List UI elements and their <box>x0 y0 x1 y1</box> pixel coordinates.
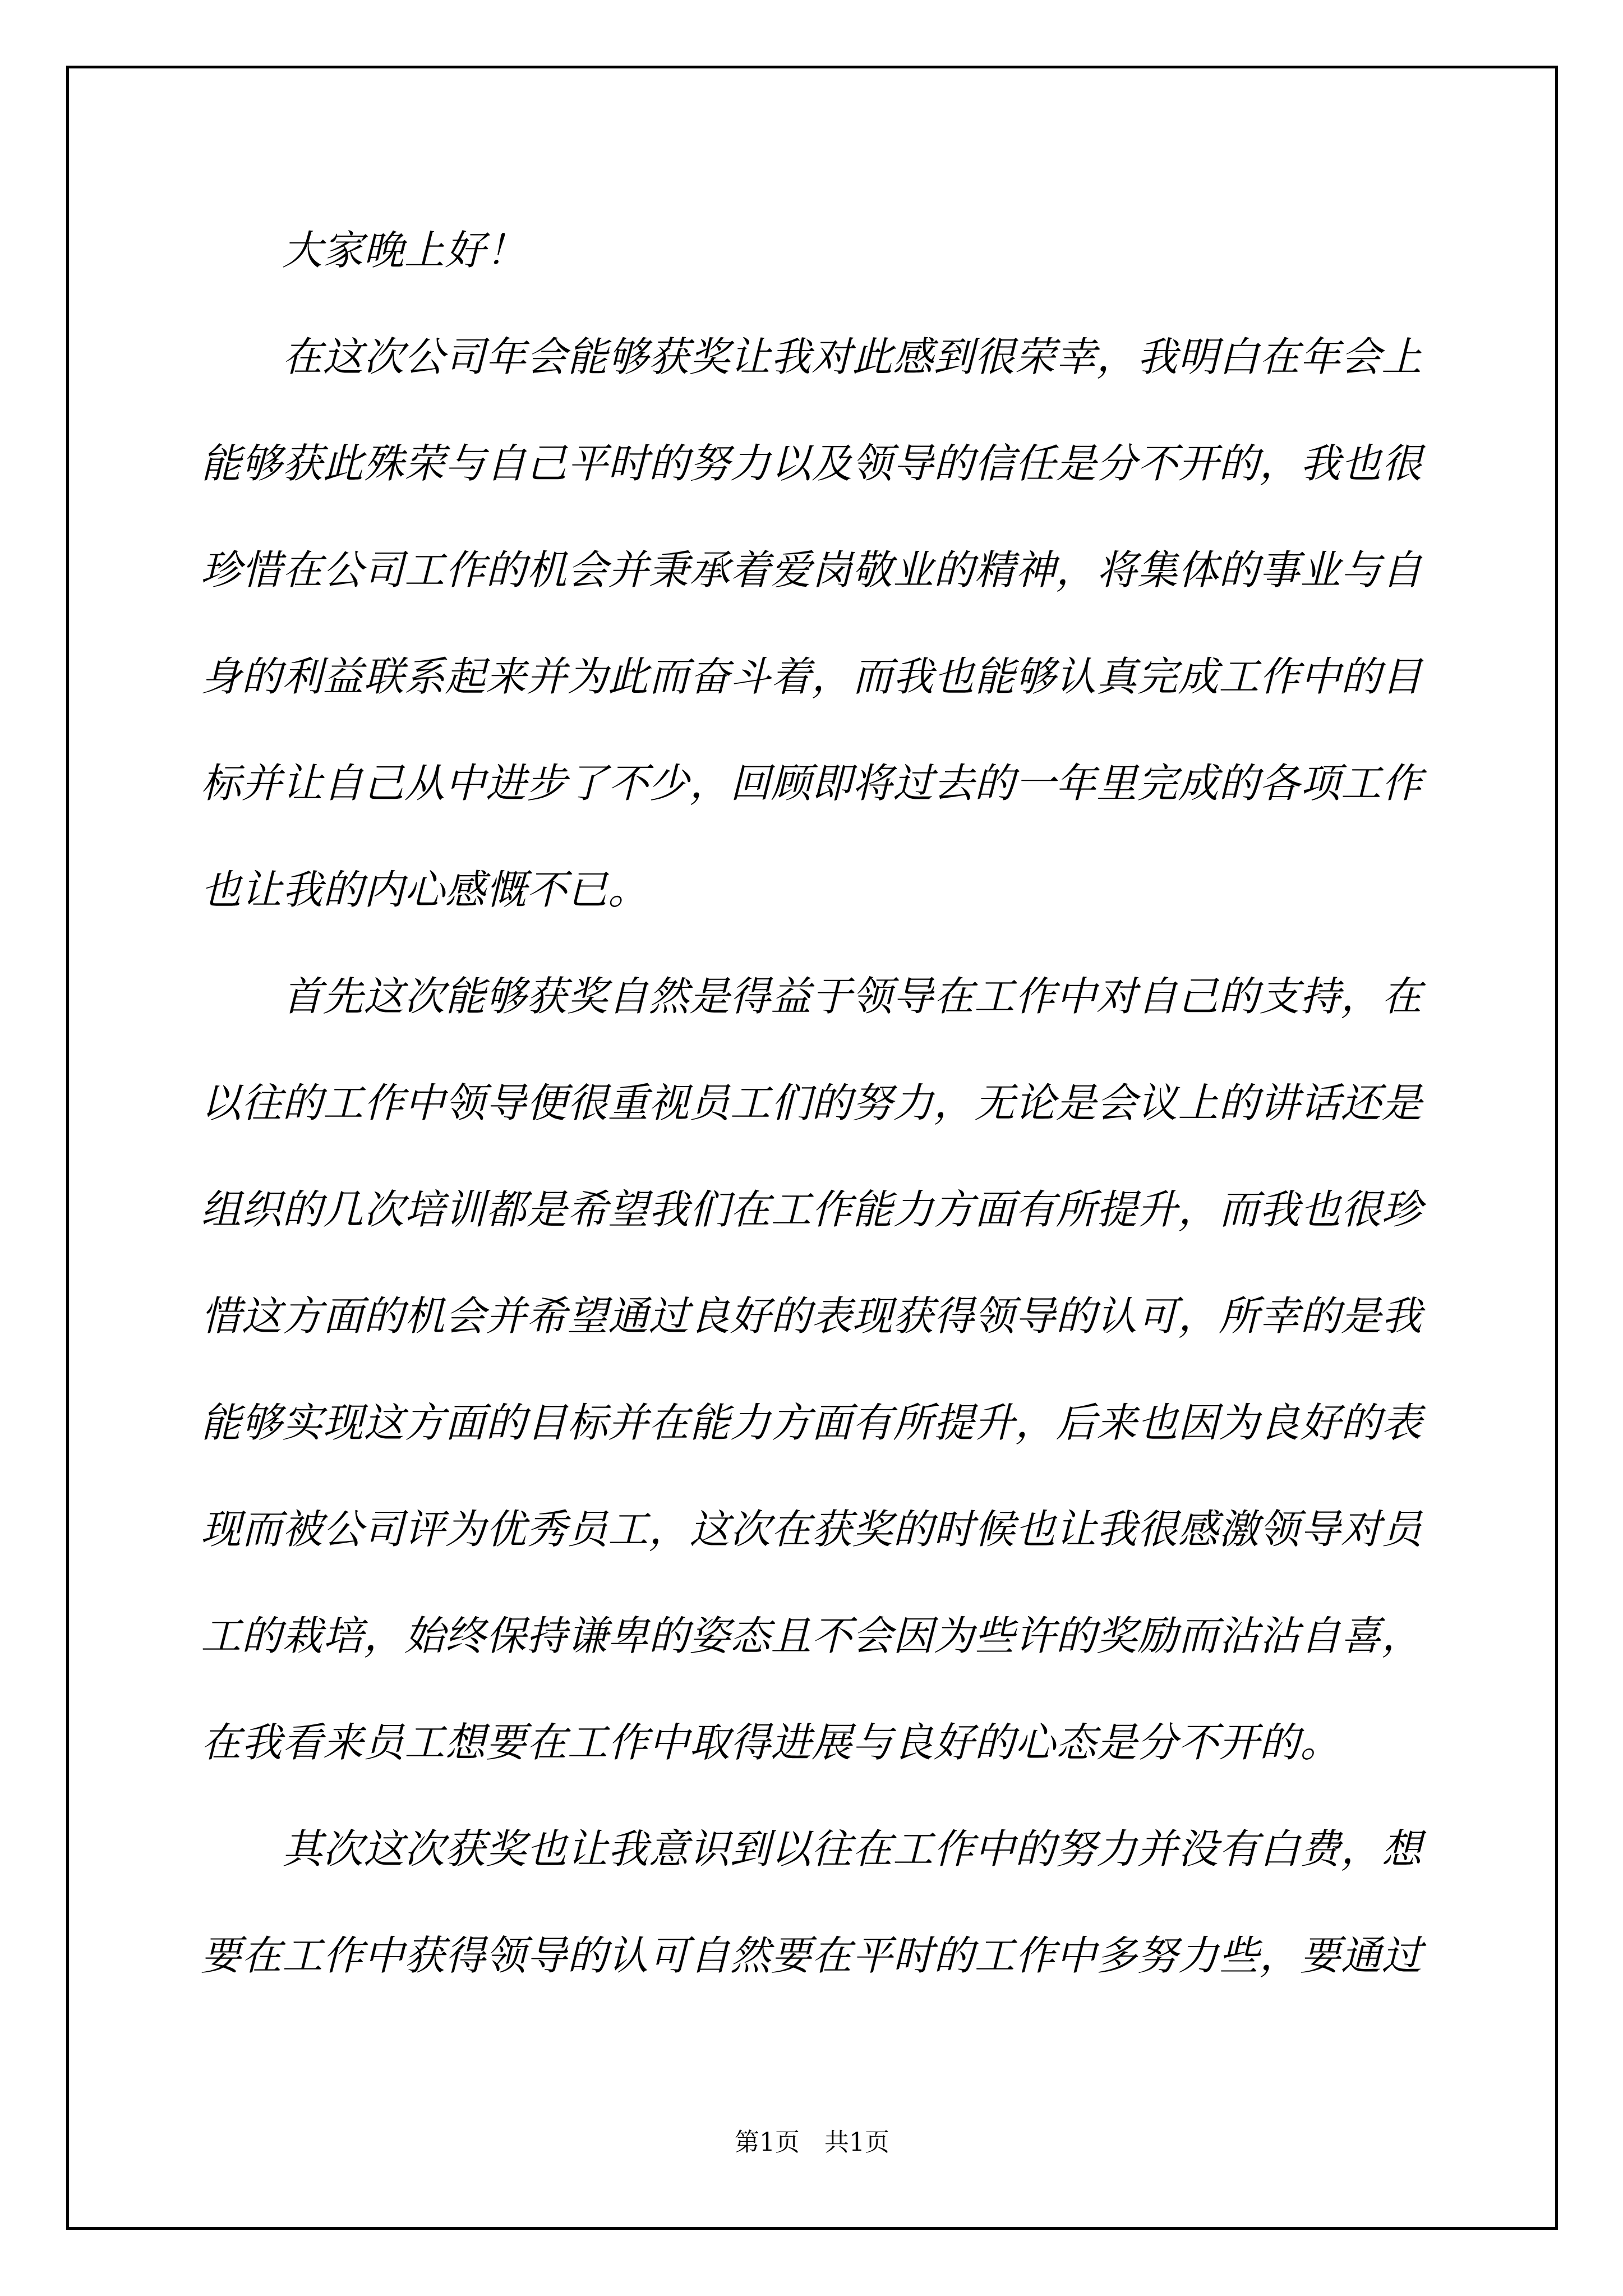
text-line: 要在工作中获得领导的认可自然要在平时的工作中多努力些，要通过 <box>201 1902 1429 2009</box>
text-line: 惜这方面的机会并希望通过良好的表现获得领导的认可，所幸的是我 <box>201 1263 1429 1369</box>
footer-page-total: 共1页 <box>824 2128 889 2157</box>
text-body: 大家晚上好！在这次公司年会能够获奖让我对此感到很荣幸，我明白在年会上能够获此殊荣… <box>201 197 1429 2009</box>
text-line: 能够实现这方面的目标并在能力方面有所提升，后来也因为良好的表 <box>201 1369 1429 1476</box>
text-line: 标并让自己从中进步了不少，回顾即将过去的一年里完成的各项工作 <box>201 730 1429 836</box>
text-line: 以往的工作中领导便很重视员工们的努力，无论是会议上的讲话还是 <box>201 1050 1429 1156</box>
text-line: 能够获此殊荣与自己平时的努力以及领导的信任是分不开的，我也很 <box>201 410 1429 517</box>
text-line: 珍惜在公司工作的机会并秉承着爱岗敬业的精神，将集体的事业与自 <box>201 517 1429 623</box>
text-line: 现而被公司评为优秀员工，这次在获奖的时候也让我很感激领导对员 <box>201 1476 1429 1582</box>
text-line: 其次这次获奖也让我意识到以往在工作中的努力并没有白费，想 <box>201 1796 1429 1902</box>
text-line: 在这次公司年会能够获奖让我对此感到很荣幸，我明白在年会上 <box>201 303 1429 410</box>
footer-page-number: 第1页 <box>735 2128 800 2157</box>
page-border-frame: 大家晚上好！在这次公司年会能够获奖让我对此感到很荣幸，我明白在年会上能够获此殊荣… <box>66 66 1558 2230</box>
text-line: 大家晚上好！ <box>201 197 1429 303</box>
document-page: 大家晚上好！在这次公司年会能够获奖让我对此感到很荣幸，我明白在年会上能够获此殊荣… <box>0 0 1623 2296</box>
page-footer: 第1页共1页 <box>69 2126 1555 2160</box>
text-line: 工的栽培，始终保持谦卑的姿态且不会因为些许的奖励而沾沾自喜， <box>201 1582 1429 1689</box>
text-line: 身的利益联系起来并为此而奋斗着，而我也能够认真完成工作中的目 <box>201 623 1429 730</box>
text-line: 首先这次能够获奖自然是得益于领导在工作中对自己的支持，在 <box>201 943 1429 1050</box>
text-line: 组织的几次培训都是希望我们在工作能力方面有所提升，而我也很珍 <box>201 1156 1429 1263</box>
text-line: 也让我的内心感慨不已。 <box>201 836 1429 943</box>
text-line: 在我看来员工想要在工作中取得进展与良好的心态是分不开的。 <box>201 1689 1429 1796</box>
